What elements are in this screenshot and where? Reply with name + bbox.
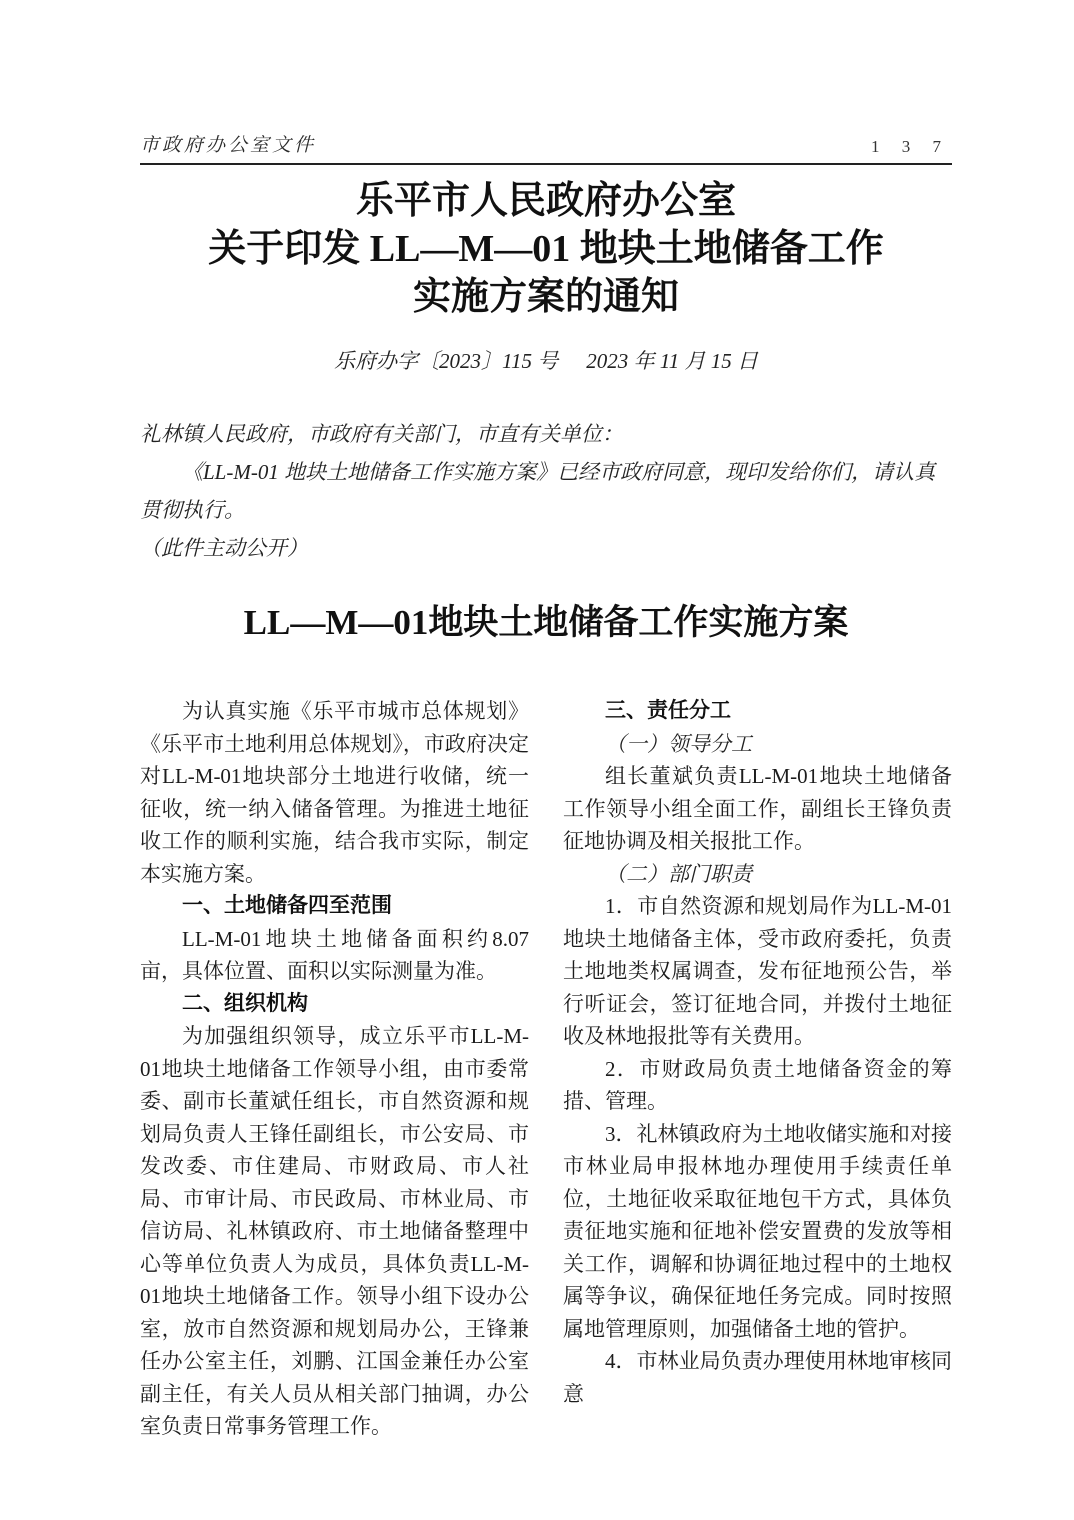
- right-column: 三、责任分工 （一）领导分工 组长董斌负责LL-M-01地块土地储备工作领导小组…: [563, 695, 952, 1443]
- document-title-line-3: 实施方案的通知: [140, 273, 952, 321]
- disclosure-note: （此件主动公开）: [140, 529, 952, 567]
- document-date: 2023 年 11 月 15 日: [586, 349, 758, 373]
- body-columns: 为认真实施《乐平市城市总体规划》《乐平市土地利用总体规划》，市政府决定对LL-M…: [140, 695, 952, 1443]
- notice-intro: 礼林镇人民政府，市政府有关部门，市直有关单位： 《LL-M-01 地块土地储备工…: [140, 415, 952, 567]
- section-heading-2: 二、组织机构: [140, 988, 529, 1021]
- page-number: 1 3 7: [871, 137, 952, 157]
- document-number: 乐府办字〔2023〕115 号: [334, 349, 558, 373]
- paragraph: 组长董斌负责LL-M-01地块土地储备工作领导小组全面工作，副组长王锋负责征地协…: [563, 760, 952, 858]
- paragraph: 1．市自然资源和规划局作为LL-M-01地块土地储备主体，受市政府委托，负责土地…: [563, 890, 952, 1053]
- document-page: { "header": { "document_label": "市政府办公室文…: [0, 0, 1074, 1520]
- page-header: 市政府办公室文件 1 3 7: [140, 0, 952, 165]
- section-heading-1: 一、土地储备四至范围: [140, 890, 529, 923]
- subsection-heading-1: （一）领导分工: [563, 728, 952, 761]
- paragraph: LL-M-01地块土地储备面积约8.07亩，具体位置、面积以实际测量为准。: [140, 923, 529, 988]
- document-meta-line: 乐府办字〔2023〕115 号2023 年 11 月 15 日: [140, 345, 952, 375]
- page-body: 市政府办公室文件 1 3 7 乐平市人民政府办公室 关于印发 LL—M—01 地…: [140, 0, 952, 1520]
- left-column: 为认真实施《乐平市城市总体规划》《乐平市土地利用总体规划》，市政府决定对LL-M…: [140, 695, 529, 1443]
- document-title: 乐平市人民政府办公室 关于印发 LL—M—01 地块土地储备工作 实施方案的通知: [140, 177, 952, 321]
- document-title-line-1: 乐平市人民政府办公室: [140, 177, 952, 225]
- plan-title: LL—M—01地块土地储备工作实施方案: [140, 595, 952, 645]
- header-document-label: 市政府办公室文件: [140, 130, 316, 157]
- paragraph: 3．礼林镇政府为土地收储实施和对接市林业局申报林地办理使用手续责任单位，土地征收…: [563, 1118, 952, 1346]
- document-title-line-2: 关于印发 LL—M—01 地块土地储备工作: [140, 225, 952, 273]
- paragraph: 2．市财政局负责土地储备资金的筹措、管理。: [563, 1053, 952, 1118]
- section-heading-3: 三、责任分工: [563, 695, 952, 728]
- notice-body: 《LL-M-01 地块土地储备工作实施方案》已经市政府同意，现印发给你们，请认真…: [140, 453, 952, 529]
- paragraph: 4．市林业局负责办理使用林地审核同意: [563, 1345, 952, 1410]
- paragraph: 为认真实施《乐平市城市总体规划》《乐平市土地利用总体规划》，市政府决定对LL-M…: [140, 695, 529, 890]
- salutation-line: 礼林镇人民政府，市政府有关部门，市直有关单位：: [140, 415, 952, 453]
- paragraph: 为加强组织领导，成立乐平市LL-M-01地块土地储备工作领导小组，由市委常委、副…: [140, 1020, 529, 1443]
- subsection-heading-2: （二）部门职责: [563, 858, 952, 891]
